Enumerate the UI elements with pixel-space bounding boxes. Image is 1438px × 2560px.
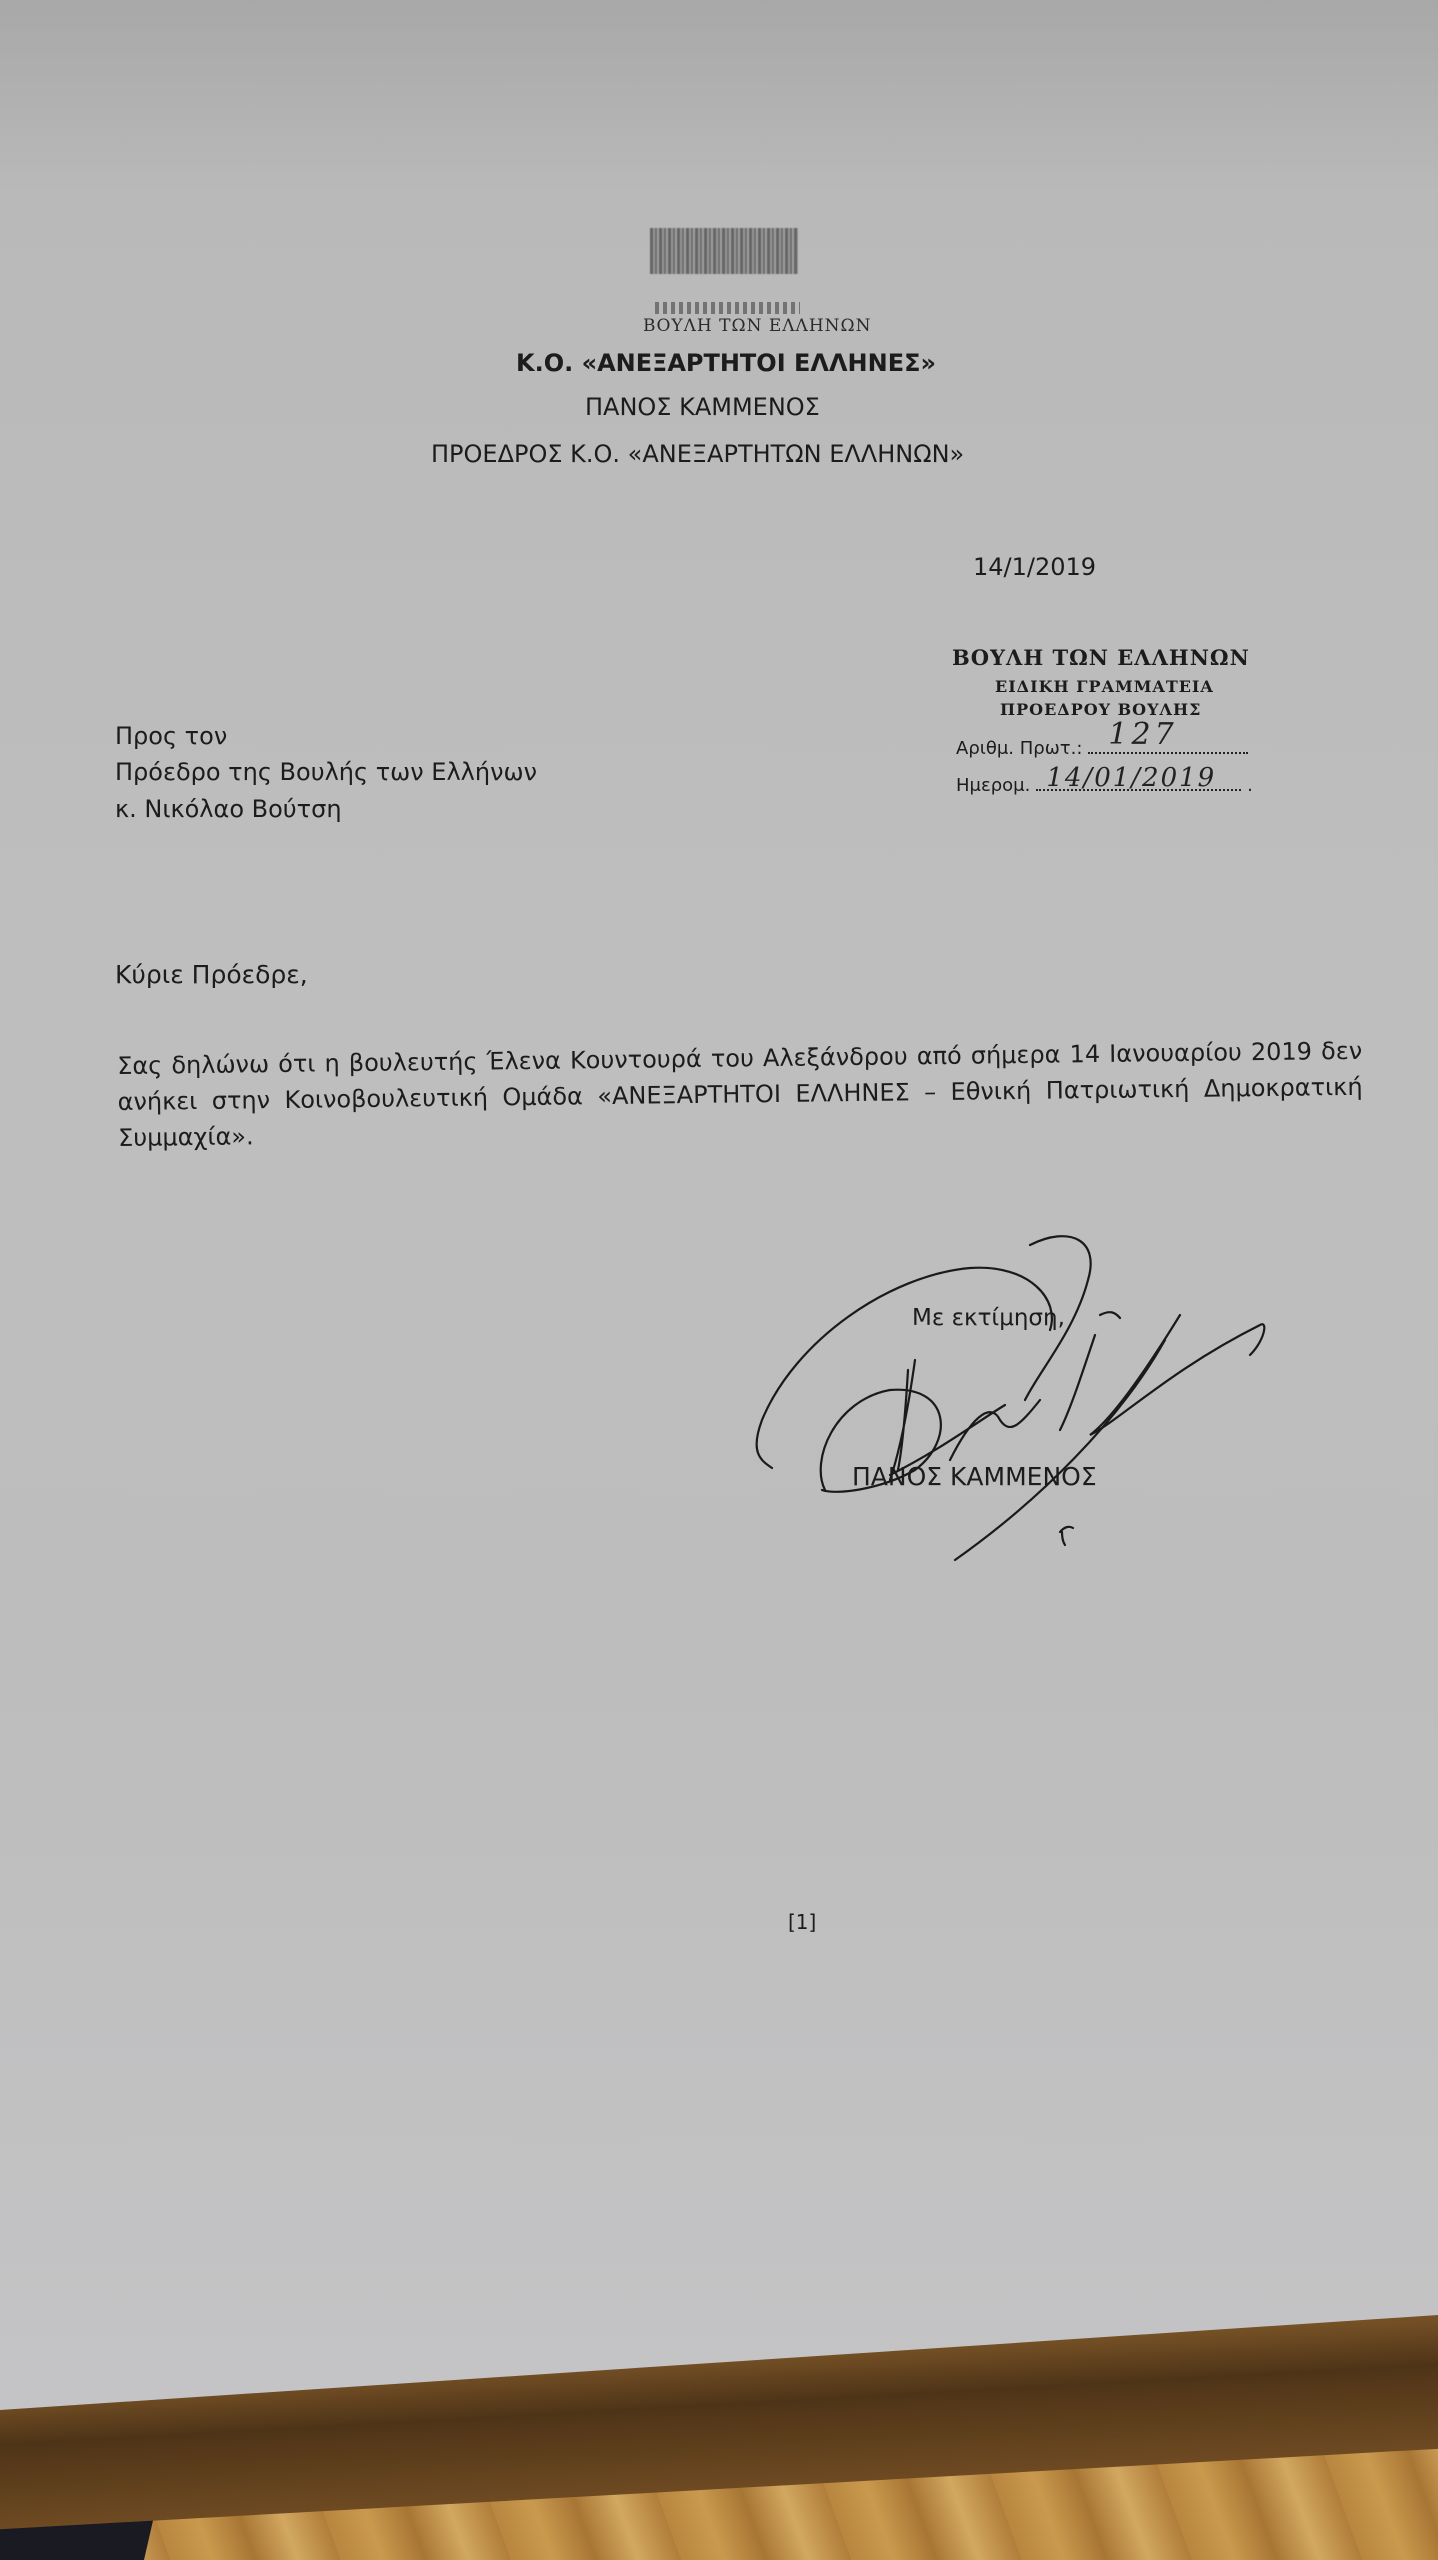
- protocol-handwritten-value: 127: [1108, 717, 1177, 752]
- protocol-field: 127: [1088, 738, 1248, 754]
- letter-page: ΒΟΥΛΗ ΤΩΝ ΕΛΛΗΝΩΝ Κ.Ο. «ΑΝΕΞΑΡΤΗΤΟΙ ΕΛΛΗ…: [0, 0, 1438, 2410]
- stamp-date-field: 14/01/2019: [1036, 775, 1241, 791]
- protocol-label: Αριθμ. Πρωτ.:: [956, 738, 1082, 759]
- national-emblem-icon: [650, 228, 798, 274]
- stamp-line-1: ΒΟΥΛΗ ΤΩΝ ΕΛΛΗΝΩΝ: [952, 645, 1250, 670]
- stamp-line-2: ΕΙΔΙΚΗ ΓΡΑΜΜΑΤΕΙΑ: [995, 677, 1214, 696]
- letterhead-party: Κ.Ο. «ΑΝΕΞΑΡΤΗΤΟΙ ΕΛΛΗΝΕΣ»: [516, 349, 936, 377]
- letter-date: 14/1/2019: [973, 553, 1096, 581]
- recipient-line-3: κ. Νικόλαο Βούτση: [115, 795, 342, 823]
- stamp-date-row: Ημερομ.14/01/2019 .: [956, 775, 1253, 796]
- page-number: [1]: [788, 1910, 816, 1934]
- letterhead-leader-name: ΠΑΝΟΣ ΚΑΜΜΕΝΟΣ: [585, 393, 820, 421]
- emblem-caption-smudge: [655, 302, 800, 314]
- stamp-protocol-row: Αριθμ. Πρωτ.:127: [956, 738, 1248, 759]
- salutation: Κύριε Πρόεδρε,: [115, 960, 308, 989]
- letterhead-leader-role: ΠΡΟΕΔΡΟΣ Κ.Ο. «ΑΝΕΞΑΡΤΗΤΩΝ ΕΛΛΗΝΩΝ»: [431, 440, 964, 468]
- handwritten-signature-icon: [740, 1220, 1280, 1570]
- stamp-date-label: Ημερομ.: [956, 775, 1030, 796]
- letterhead-parliament: ΒΟΥΛΗ ΤΩΝ ΕΛΛΗΝΩΝ: [643, 316, 872, 336]
- recipient-line-2: Πρόεδρο της Βουλής των Ελλήνων: [115, 758, 537, 786]
- stamp-handwritten-date: 14/01/2019: [1046, 763, 1216, 793]
- recipient-line-1: Προς τον: [115, 722, 227, 750]
- letter-body: Σας δηλώνω ότι η βουλευτής Έλενα Κουντου…: [117, 1033, 1363, 1156]
